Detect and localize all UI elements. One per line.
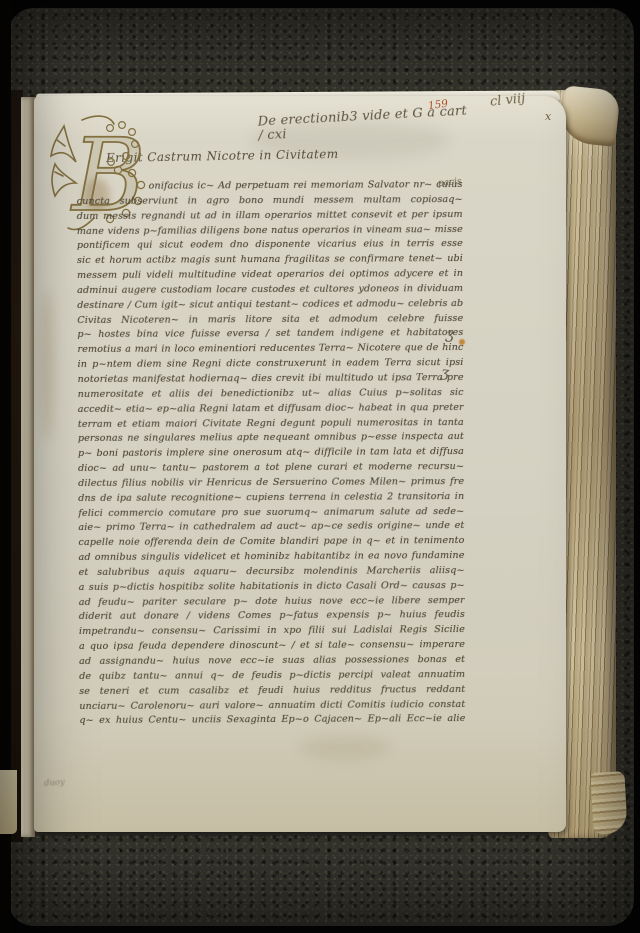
body-text: onifacius ic~ Ad perpetuam rei memoriam … bbox=[77, 178, 466, 729]
bottom-left-scribble: duoy bbox=[44, 777, 65, 788]
text-line: onifacius ic~ Ad perpetuam rei memoriam … bbox=[149, 178, 463, 194]
manuscript-photo: De erectionib3 vide et G a cart / cxi 15… bbox=[0, 0, 640, 933]
flyleaf-edge bbox=[21, 97, 35, 837]
right-margin-note: pacis bbox=[438, 177, 462, 189]
text-line: q~ ex huius Centu~ unciis Sexaginta Ep~o… bbox=[79, 712, 465, 729]
corner-x-mark: x bbox=[545, 110, 551, 123]
page-stack-bottom-curl bbox=[590, 771, 627, 835]
bottom-left-board-edge bbox=[0, 770, 17, 834]
